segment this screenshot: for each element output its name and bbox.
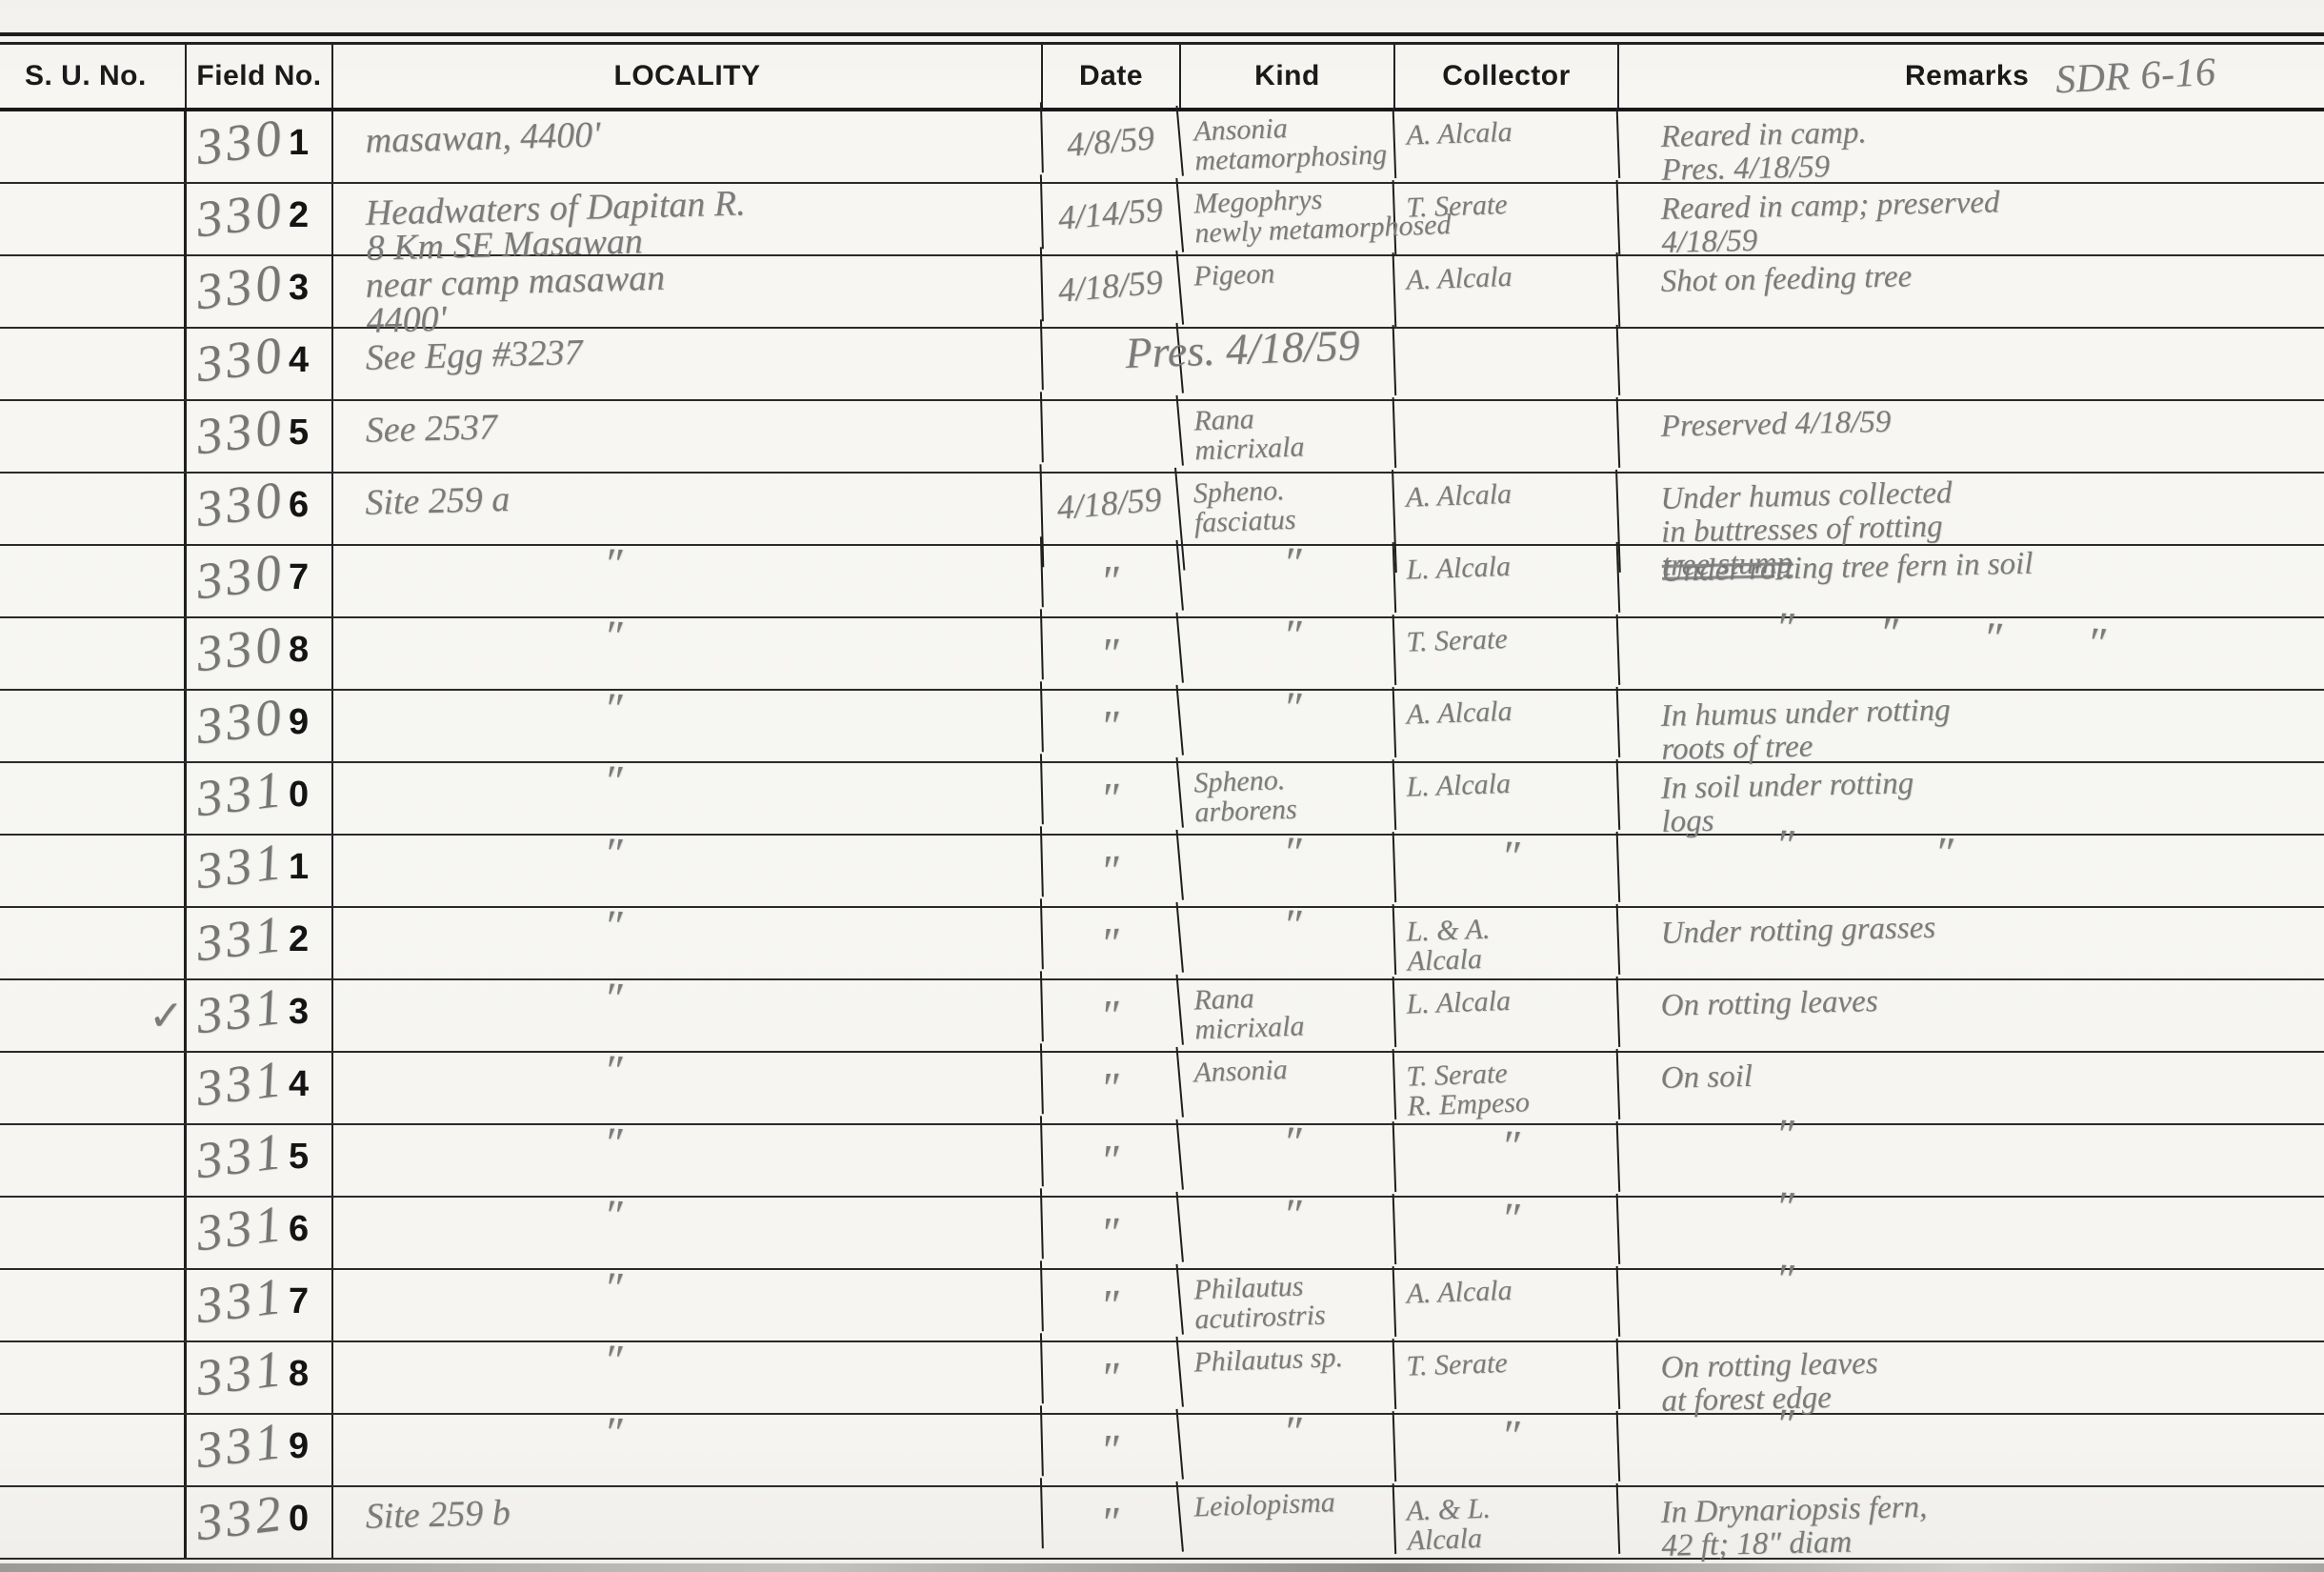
kind-cell: ″	[1180, 832, 1396, 910]
field-number-printed: 8	[289, 1354, 309, 1395]
su-cell	[0, 763, 187, 834]
header-row: S. U. No. Field No. LOCALITY Date Kind C…	[0, 45, 2324, 111]
field-cell: 331 2	[187, 908, 333, 978]
kind-cell: ″	[1180, 615, 1396, 693]
table-row: 331 7 ″ ″ Philautusacutirostris A. Alcal…	[0, 1270, 2324, 1342]
collector-cell: T. Serate	[1394, 1339, 1620, 1417]
field-cell: 330 1	[187, 111, 333, 182]
field-cell: 330 5	[187, 401, 333, 472]
table-row: 332 0 Site 259 b ″ Leiolopisma A. & L.Al…	[0, 1487, 2324, 1560]
su-cell	[0, 546, 187, 616]
table-row: 331 6 ″ ″ ″ ″ ″	[0, 1198, 2324, 1270]
kind-cell: Spheno.arborens	[1180, 759, 1396, 837]
field-cell: 330 3	[187, 256, 333, 331]
kind-cell: Pres. 4/18/59	[1180, 325, 1396, 403]
field-number-printed: 8	[289, 630, 309, 671]
top-double-rule	[0, 32, 2324, 45]
collector-cell	[1394, 397, 1620, 475]
su-cell	[0, 401, 187, 472]
field-number-printed: 6	[289, 485, 309, 526]
table-row: 330 7 ″ ″ ″ L. Alcala Under rotting tree…	[0, 546, 2324, 618]
remarks-cell: ″ ″ ″ ″	[1618, 611, 2324, 695]
field-number-handwritten: 330	[193, 690, 288, 754]
date-cell: ″	[1040, 975, 1184, 1057]
kind-cell: ″	[1180, 1411, 1396, 1489]
remarks-cell: Under rotting grasses	[1618, 900, 2324, 985]
kind-cell: ″	[1180, 1194, 1396, 1272]
field-cell: ✓ 331 3	[187, 980, 333, 1051]
su-cell	[0, 691, 187, 761]
field-number-handwritten: 330	[193, 473, 288, 536]
date-cell: 4/8/59	[1040, 106, 1184, 188]
su-cell	[0, 1198, 187, 1268]
kind-cell: Ansonia	[1180, 1049, 1396, 1127]
table-row: 331 4 ″ ″ Ansonia T. SerateR. Empeso On …	[0, 1053, 2324, 1125]
su-cell	[0, 1125, 187, 1196]
remarks-cell: On rotting leaves	[1618, 973, 2324, 1058]
field-cell: 330 8	[187, 618, 333, 689]
field-number-printed: 9	[289, 1426, 309, 1467]
table-row: 331 9 ″ ″ ″ ″ ″	[0, 1415, 2324, 1487]
kind-cell: Ranamicrixala	[1180, 397, 1396, 475]
field-number-printed: 7	[289, 1281, 309, 1322]
field-number-handwritten: 331	[193, 1414, 288, 1478]
field-number-handwritten: 331	[193, 907, 288, 971]
collector-cell: T. Serate	[1394, 615, 1620, 693]
kind-cell: Philautusacutirostris	[1180, 1266, 1396, 1344]
field-number-handwritten: 331	[193, 1341, 288, 1405]
table-row: 330 6 Site 259 a 4/18/59 Spheno.fasciatu…	[0, 474, 2324, 546]
remarks-cell: In Drynariopsis fern,42 ft; 18″ diam	[1618, 1480, 2324, 1564]
date-cell: ″	[1040, 902, 1184, 984]
field-number-handwritten: 331	[193, 835, 288, 898]
collector-cell: ″	[1394, 1121, 1620, 1199]
field-number-printed: 4	[289, 340, 309, 381]
field-number-handwritten: 331	[193, 762, 288, 826]
collector-cell: T. SerateR. Empeso	[1394, 1049, 1620, 1127]
collector-cell: A. & L.Alcala	[1394, 1483, 1620, 1562]
field-number-handwritten: 330	[193, 111, 288, 174]
field-number-printed: 0	[289, 1499, 309, 1540]
date-cell: ″	[1040, 1192, 1184, 1274]
kind-cell: Megophrysnewly metamorphosed	[1180, 180, 1397, 262]
su-cell	[0, 1415, 187, 1485]
su-cell	[0, 836, 187, 906]
date-cell: ″	[1040, 830, 1184, 912]
field-cell: 331 1	[187, 836, 333, 906]
table-row: 331 0 ″ ″ Spheno.arborens L. Alcala In s…	[0, 763, 2324, 836]
collector-cell: L. & A.Alcala	[1394, 904, 1620, 982]
header-kind: Kind	[1181, 45, 1395, 108]
kind-cell: ″	[1180, 1121, 1396, 1199]
header-remarks-label: Remarks	[1905, 60, 2029, 92]
date-cell: ″	[1040, 1409, 1184, 1491]
date-cell: ″	[1040, 757, 1184, 839]
collector-cell: A. Alcala	[1394, 1266, 1620, 1344]
field-number-handwritten: 331	[193, 1052, 288, 1116]
field-cell: 331 6	[187, 1198, 333, 1268]
table-row: 330 8 ″ ″ ″ T. Serate ″ ″ ″ ″	[0, 618, 2324, 691]
su-cell	[0, 329, 187, 399]
field-number-handwritten: 330	[193, 328, 288, 392]
ledger-table: S. U. No. Field No. LOCALITY Date Kind C…	[0, 45, 2324, 1560]
field-cell: 330 7	[187, 546, 333, 616]
field-number-printed: 1	[289, 123, 309, 164]
field-cell: 332 0	[187, 1487, 333, 1558]
field-cell: 331 0	[187, 763, 333, 834]
field-number-handwritten: 331	[193, 1124, 288, 1188]
remarks-cell: Preserved 4/18/59	[1618, 393, 2324, 478]
field-number-handwritten: 330	[193, 255, 288, 319]
field-cell: 331 4	[187, 1053, 333, 1123]
scan-bottom-edge	[0, 1563, 2324, 1572]
collector-cell: ″	[1394, 832, 1620, 910]
date-cell: ″	[1040, 1481, 1184, 1563]
field-number-printed: 4	[289, 1064, 309, 1105]
table-row: 330 5 See 2537 Ranamicrixala Preserved 4…	[0, 401, 2324, 474]
collector-cell: ″	[1394, 1411, 1620, 1489]
field-number-handwritten: 330	[193, 617, 288, 681]
kind-cell: Philautus sp.	[1180, 1339, 1396, 1417]
su-cell	[0, 1053, 187, 1123]
table-row: 331 8 ″ ″ Philautus sp. T. Serate On rot…	[0, 1342, 2324, 1415]
collector-cell: ″	[1394, 1194, 1620, 1272]
remarks-cell: In humus under rottingroots of tree	[1618, 683, 2324, 768]
remarks-cell: ″ ″	[1618, 828, 2324, 913]
remarks-cell: Reared in camp.Pres. 4/18/59	[1618, 104, 2324, 189]
collector-cell: L. Alcala	[1394, 759, 1620, 837]
field-number-handwritten: 330	[193, 183, 288, 247]
date-cell: ″	[1040, 685, 1184, 767]
remarks-cell: ″	[1618, 1407, 2324, 1492]
collector-cell: A. Alcala	[1394, 687, 1620, 765]
field-number-handwritten: 331	[193, 1269, 288, 1333]
date-cell: ″	[1040, 1047, 1184, 1129]
field-cell: 331 5	[187, 1125, 333, 1196]
field-number-printed: 3	[289, 992, 309, 1033]
header-locality: LOCALITY	[333, 45, 1043, 108]
table-row: 331 2 ″ ″ ″ L. & A.Alcala Under rotting …	[0, 908, 2324, 980]
field-number-printed: 6	[289, 1209, 309, 1250]
remarks-cell	[1618, 321, 2324, 406]
ledger-body: 330 1 masawan, 4400' 4/8/59 Ansoniametam…	[0, 111, 2324, 1560]
kind-cell: ″	[1180, 542, 1396, 620]
table-row: 331 5 ″ ″ ″ ″ ″	[0, 1125, 2324, 1198]
field-number-printed: 3	[289, 268, 309, 309]
field-number-printed: 2	[289, 919, 309, 960]
kind-cell: ″	[1180, 687, 1396, 765]
table-row: 330 4 See Egg #3237 Pres. 4/18/59	[0, 329, 2324, 401]
field-number-printed: 5	[289, 413, 309, 453]
field-number-handwritten: 330	[193, 545, 288, 609]
su-cell	[0, 1342, 187, 1413]
field-cell: 330 9	[187, 691, 333, 761]
date-cell: ″	[1040, 1119, 1184, 1201]
field-cell: 330 4	[187, 329, 333, 399]
kind-cell: Ansoniametamorphosing	[1180, 108, 1396, 186]
header-su-no: S. U. No.	[0, 45, 187, 108]
date-cell	[1040, 395, 1184, 477]
su-cell	[0, 111, 187, 182]
table-row: 331 1 ″ ″ ″ ″ ″ ″	[0, 836, 2324, 908]
collector-cell: L. Alcala	[1394, 977, 1620, 1055]
su-cell	[0, 1270, 187, 1340]
field-number-handwritten: 330	[193, 400, 288, 464]
field-cell: 331 9	[187, 1415, 333, 1485]
field-number-handwritten: 332	[193, 1486, 288, 1550]
su-cell	[0, 908, 187, 978]
table-row: 330 9 ″ ″ ″ A. Alcala In humus under rot…	[0, 691, 2324, 763]
collector-cell: A. Alcala	[1394, 108, 1620, 186]
kind-cell: Leiolopisma	[1180, 1483, 1396, 1562]
field-cell: 330 2	[187, 184, 333, 258]
su-cell	[0, 618, 187, 689]
su-cell	[0, 184, 187, 258]
collector-cell: L. Alcala	[1394, 542, 1620, 620]
collector-cell	[1394, 325, 1620, 403]
table-row: 330 1 masawan, 4400' 4/8/59 Ansoniametam…	[0, 111, 2324, 184]
remarks-handwritten-note: SDR 6-16	[2054, 50, 2217, 104]
su-cell	[0, 256, 187, 331]
date-cell: ″	[1040, 540, 1184, 622]
field-number-printed: 5	[289, 1137, 309, 1178]
table-row: ✓ 331 3 ″ ″ Ranamicrixala L. Alcala On r…	[0, 980, 2324, 1053]
table-row: 330 2 Headwaters of Dapitan R.8 Km SE Ma…	[0, 184, 2324, 256]
field-number-printed: 7	[289, 557, 309, 598]
checkmark-icon: ✓	[149, 992, 184, 1040]
field-number-printed: 9	[289, 702, 309, 743]
header-remarks: Remarks SDR 6-16	[1619, 45, 2324, 108]
field-number-printed: 0	[289, 775, 309, 816]
date-cell: ″	[1040, 1337, 1184, 1419]
date-cell: ″	[1040, 1264, 1184, 1346]
kind-cell: Ranamicrixala	[1180, 977, 1396, 1055]
header-field-no: Field No.	[187, 45, 333, 108]
field-number-printed: 2	[289, 195, 309, 236]
kind-cell: ″	[1180, 904, 1396, 982]
table-row: 330 3 near camp masawan4400' 4/18/59 Pig…	[0, 256, 2324, 329]
collector-cell: T. Serate	[1394, 180, 1621, 262]
field-cell: 331 8	[187, 1342, 333, 1413]
locality-cell: Site 259 b	[332, 1478, 1044, 1566]
field-number-handwritten: 331	[193, 1197, 288, 1260]
remarks-cell: ″	[1618, 1262, 2324, 1347]
header-collector: Collector	[1395, 45, 1619, 108]
su-cell	[0, 1487, 187, 1558]
field-number-printed: 1	[289, 847, 309, 888]
field-cell: 331 7	[187, 1270, 333, 1340]
collector-cell: A. Alcala	[1394, 252, 1621, 334]
ledger-page: S. U. No. Field No. LOCALITY Date Kind C…	[0, 0, 2324, 1572]
field-number-handwritten: 331	[193, 979, 288, 1043]
date-cell: ″	[1040, 613, 1184, 695]
header-date: Date	[1043, 45, 1181, 108]
